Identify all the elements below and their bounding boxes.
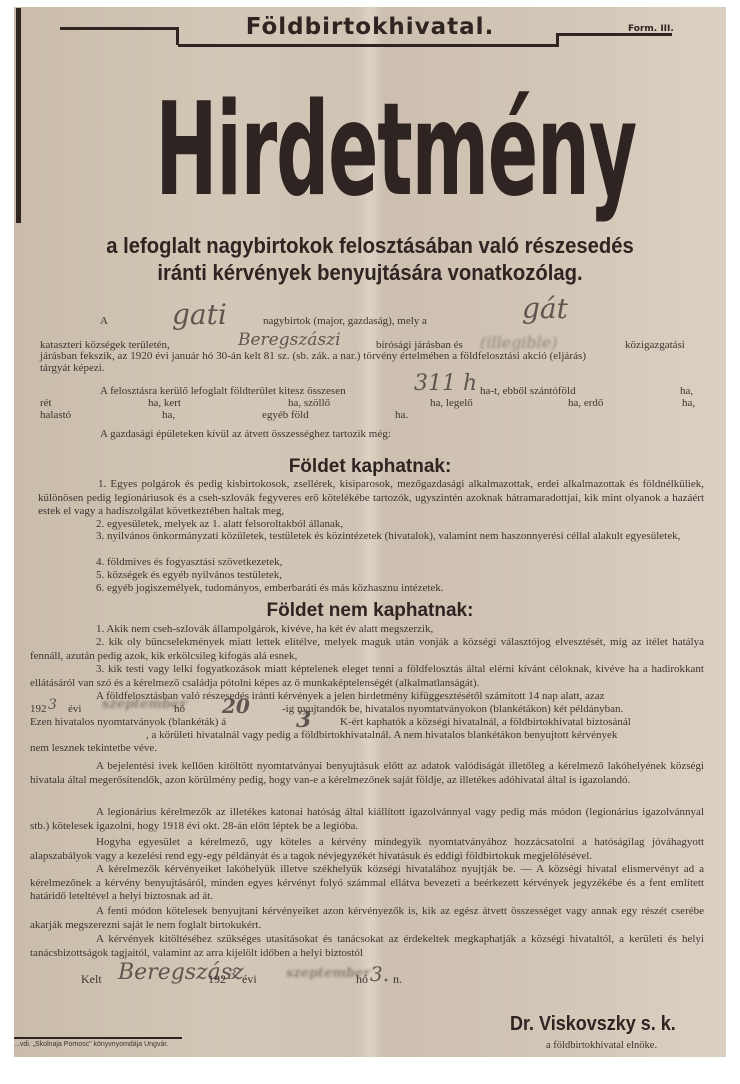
dated-day-handwritten: 3. <box>370 962 389 986</box>
ineligible-item-3: 3. kik testi vagy lelki fogyatkozások mi… <box>30 663 704 690</box>
area-halasto-ha: ha, <box>162 409 175 422</box>
paragraph-3: Hogyha egyesület a kérelmező, ugy kötele… <box>30 836 704 863</box>
eligible-heading: Földet kaphatnak: <box>0 456 740 478</box>
area-line1-suffix: ha-t, ebből szántóföld <box>480 385 576 398</box>
paragraph-2: A legionárius kérelmezők az illetékes ka… <box>30 806 704 833</box>
area-egyeb-ha: ha. <box>395 409 408 422</box>
deadline-day-handwritten: 20 <box>222 694 250 718</box>
ineligible-item-1: 1. Akik nem cseh-szlovák állampolgárok, … <box>96 623 433 636</box>
deadline-ho: hó <box>174 703 185 716</box>
deadline-evi: évi <box>68 703 81 716</box>
subtitle-line-1: a lefoglalt nagybirtokok felosztásában v… <box>30 232 711 259</box>
paragraph-4: A kérelmezők kérvényeiket lakóhelyük ill… <box>30 863 704 904</box>
eligible-item-4: 4. földmives és fogyasztási szövetkezete… <box>96 556 282 569</box>
paragraph-6: A kérvények kitöltéséhez szükséges utasí… <box>30 933 704 960</box>
area-buildings: A gazdasági épületeken kívül az átvett ö… <box>100 428 391 441</box>
deadline-line3-prefix: Ezen hivatalos nyomtatványok (blankéták)… <box>30 716 226 729</box>
signature-title: a földbirtokhivatal elnöke. <box>546 1040 657 1051</box>
dated-ho: hó <box>356 973 368 986</box>
ineligible-item-2: 2. kik oly büncselekmények miatt lettek … <box>30 636 704 663</box>
area-halasto: halastó <box>40 409 71 422</box>
dated-kelt: Kelt <box>81 973 102 986</box>
dated-n: n. <box>393 973 402 986</box>
area-egyeb: egyéb föld <box>262 409 309 422</box>
dated-year-prefix: 192 <box>208 973 226 986</box>
deadline-year-prefix: 192 <box>30 703 47 716</box>
signature-name: Dr. Viskovszky s. k. <box>510 1013 676 1036</box>
dated-evi: évi <box>242 973 257 986</box>
form-number: Form. III. <box>628 24 674 34</box>
deadline-line2-suffix: -ig nyujtandók be, hivatalos nyomtatvány… <box>282 703 623 716</box>
printer-imprint: ...vdi. „Skolnaja Pomosc" könyvnyomdája … <box>14 1041 168 1048</box>
deadline-line5: nem lesznek tekintetbe véve. <box>30 742 157 755</box>
intro-line3: járásban fekszik, az 1920 évi január hó … <box>40 350 586 363</box>
paragraph-1: A bejelentési ivek kellően kitöltött nyo… <box>30 760 704 787</box>
estate-handwritten: gati <box>172 298 227 331</box>
deadline-line4: , a körületi hivatalnál vagy pedig a föl… <box>146 729 617 742</box>
municipality-handwritten: gát <box>522 292 568 325</box>
area-total-handwritten: 311 h <box>414 371 477 396</box>
eligible-item-3: 3. nyilvános önkormányzati közületek, te… <box>38 530 704 544</box>
intro-estate-suffix: nagybirtok (major, gazdaság), mely a <box>263 315 427 328</box>
area-erdo-ha: ha, <box>682 397 695 410</box>
dated-year-handwritten: 3 <box>228 968 236 983</box>
ineligible-heading: Földet nem kaphatnak: <box>0 600 740 622</box>
printer-rule <box>14 1037 182 1039</box>
deadline-year-handwritten: 3 <box>48 697 57 713</box>
header-rule-bottom <box>178 44 558 47</box>
subtitle-line-2: iránti kérvények benyujtására vonatkozól… <box>30 259 711 286</box>
area-lego: ha, legelő <box>430 397 473 410</box>
subtitle: a lefoglalt nagybirtokok felosztásában v… <box>30 232 711 286</box>
left-border-bar <box>16 8 21 223</box>
intro-line4: tárgyát képezi. <box>40 362 105 375</box>
page-title: Hirdetmény <box>155 86 584 216</box>
eligible-item-6: 6. egyéb jogiszemélyek, tudományos, embe… <box>96 582 444 595</box>
eligible-item-1: 1. Egyes polgárok és pedig kisbirtokosok… <box>38 478 704 519</box>
court-district-handwritten: Beregszászi <box>238 330 341 350</box>
deadline-line3-suffix: K-ért kaphatók a községi hivatalnál, a f… <box>340 716 631 729</box>
area-erdo: ha, erdő <box>568 397 603 410</box>
paragraph-5: A fenti módon kötelesek benyujtani kérvé… <box>30 905 704 932</box>
intro-a-label: A <box>100 315 108 328</box>
eligible-item-5: 5. községek és egyéb nyilvános testülete… <box>96 569 282 582</box>
intro-line2-suffix: közigazgatási <box>625 339 685 352</box>
